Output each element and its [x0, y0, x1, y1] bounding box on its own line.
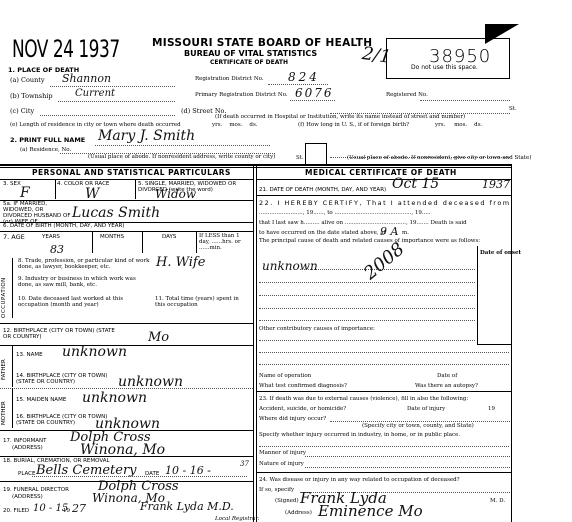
father-name-label: 13. NAME	[16, 352, 43, 358]
age-col-months: MONTHS	[100, 234, 124, 240]
operation-label: Name of operation	[259, 373, 311, 379]
accident-label: Accident, suicide, or homicide?	[259, 406, 346, 412]
occupation-related-label: 24. Was disease or injury in any way rel…	[259, 477, 460, 483]
mother-maiden-name-label: 15. MAIDEN NAME	[16, 397, 66, 403]
corner-mark	[485, 24, 519, 44]
physician-address: Eminence Mo	[318, 502, 423, 520]
township-label: (b) Township	[10, 92, 53, 100]
time-of-death-value: 9 A	[380, 225, 398, 238]
if-so-specify-label: If so, specify	[259, 487, 294, 493]
color-label: 4. COLOR OR RACE	[57, 181, 109, 187]
occupation-side-label: OCCUPATION	[1, 277, 7, 318]
blank-box	[305, 143, 327, 165]
date-of-onset-label: Date of onset	[480, 250, 521, 256]
industry-label: 9. Industry or business in which work wa…	[18, 276, 150, 288]
nature-of-injury-label: Nature of injury	[259, 461, 304, 467]
injury-date-label: Date of injury	[407, 406, 445, 412]
mother-maiden-name-value: unknown	[82, 390, 147, 406]
primary-district-label: Primary Registration District No.	[195, 92, 288, 98]
father-side-label: FATHER	[1, 359, 7, 380]
age-col-days: DAYS	[162, 234, 176, 240]
injury-year-label: 19	[488, 406, 495, 412]
less-than-day-label: If LESS than 1 day, ......hrs. or ......…	[199, 233, 251, 251]
certify-line-2: ........................., 19......, to …	[259, 210, 431, 216]
bureau-subtitle: BUREAU OF VITAL STATISTICS	[184, 49, 317, 58]
diagnosis-label: What test confirmed diagnosis?	[259, 383, 347, 389]
funeral-director-address-label: (ADDRESS)	[12, 494, 43, 500]
local-registrar-label: Local Registrar.	[215, 516, 259, 522]
primary-district-value: 6076	[295, 86, 334, 100]
certify-line-3: that I last saw h......... alive on ....…	[259, 220, 467, 226]
operation-date-label: Date of	[437, 373, 457, 379]
age-col-years: YEARS	[42, 234, 60, 240]
filed-year-prefix: 19	[63, 508, 70, 514]
st-suffix-2: St.	[296, 155, 304, 161]
last-worked-label: 10. Date deceased last worked at this oc…	[18, 296, 148, 308]
informant-address-label: (ADDRESS)	[12, 445, 43, 451]
injury-place-type-label: Specify whether injury occurred in indus…	[259, 432, 460, 438]
form-title: CERTIFICATE OF DEATH	[210, 59, 288, 66]
mother-side-label: MOTHER	[1, 401, 7, 425]
certify-line-4: to have occurred on the date stated abov…	[259, 230, 386, 236]
do-not-use-note: Do not use this space.	[411, 64, 478, 71]
date-of-death-year: 1937	[482, 178, 510, 191]
injury-location-note: (Specify city or town, county, and State…	[362, 423, 474, 429]
registration-district-value: 824	[288, 70, 320, 84]
age-years-value: 83	[50, 243, 64, 256]
county-value: Shannon	[62, 72, 111, 85]
burial-year-value: 37	[240, 460, 249, 468]
registered-number-label: Registered No.	[386, 92, 428, 98]
street-note: (If death occurred in Hospital or Instit…	[215, 114, 465, 120]
causes-label: The principal cause of death and related…	[259, 238, 480, 244]
personal-particulars-heading: PERSONAL AND STATISTICAL PARTICULARS	[32, 168, 231, 177]
time-suffix: m.	[402, 230, 409, 236]
funeral-director-label: 19. FUNERAL DIRECTOR	[3, 487, 69, 493]
received-date-stamp: NOV 24 1937	[12, 36, 120, 64]
township-value: Current	[75, 88, 115, 99]
date-of-birth-label: 6. DATE OF BIRTH (MONTH, DAY, AND YEAR)	[3, 223, 124, 229]
date-of-death-value: Oct 15	[392, 176, 439, 192]
birthplace-label: 12. BIRTHPLACE (CITY OR TOWN) (STATE OR …	[3, 328, 123, 340]
spouse-value: Lucas Smith	[72, 205, 160, 221]
full-name-value: Mary J. Smith	[98, 128, 195, 144]
certificate-number-box: 38950 Do not use this space.	[386, 38, 510, 79]
total-time-label: 11. Total time (years) spent in this occ…	[155, 296, 245, 308]
nonresident-note: (Usual place of abode. If nonresident, g…	[347, 155, 531, 161]
residence-note: (Usual place of abode. If nonresident ad…	[88, 154, 275, 160]
age-label: 7. AGE	[3, 233, 25, 241]
informant-label: 17. INFORMANT	[3, 438, 47, 444]
filed-year: 27	[72, 502, 86, 515]
father-name-value: unknown	[62, 344, 127, 360]
filed-label: 20. FILED	[3, 508, 29, 514]
trade-value: H. Wife	[156, 255, 205, 270]
full-name-label: 2. PRINT FULL NAME	[10, 136, 85, 144]
registrar-signature: Frank Lyda M.D.	[140, 500, 234, 513]
marital-value: Widow	[155, 187, 196, 201]
county-label: (a) County	[10, 76, 45, 84]
cause-of-death-value: unknown	[262, 259, 318, 273]
father-birthplace-label: 14. BIRTHPLACE (CITY OR TOWN) (STATE OR …	[16, 373, 126, 385]
signed-label: (Signed)	[275, 498, 299, 504]
handwritten-annotation: 2008	[360, 239, 409, 285]
md-label: M. D.	[490, 498, 505, 504]
autopsy-label: Was there an autopsy?	[415, 383, 478, 389]
birthplace-value: Mo	[148, 330, 169, 345]
sex-value: F	[20, 185, 30, 201]
city-label: (c) City	[10, 107, 34, 115]
date-of-death-label: 21. DATE OF DEATH (MONTH, DAY, AND YEAR)	[259, 187, 386, 193]
sex-label: 3. SEX	[3, 181, 21, 187]
address-label: (Address)	[285, 510, 312, 516]
trade-label: 8. Trade, profession, or particular kind…	[18, 258, 150, 270]
injury-location-label: Where did injury occur?	[259, 416, 326, 422]
us-residence-label: (f) How long in U. S., if of foreign bir…	[298, 122, 409, 128]
registration-district-label: Registration District No.	[195, 76, 264, 82]
residence-units: yrs. mos. ds.	[212, 122, 258, 128]
document-title: MISSOURI STATE BOARD OF HEALTH	[152, 37, 372, 49]
us-residence-units: yrs. mos. ds.	[435, 122, 482, 128]
contributory-causes-label: Other contributory causes of importance:	[259, 326, 375, 332]
manner-of-injury-label: Manner of injury	[259, 450, 306, 456]
external-causes-label: 23. If death was due to external causes …	[259, 396, 468, 402]
certify-statement: 22. I HEREBY CERTIFY, That I attended de…	[259, 199, 511, 207]
st-suffix: St.	[509, 106, 517, 112]
